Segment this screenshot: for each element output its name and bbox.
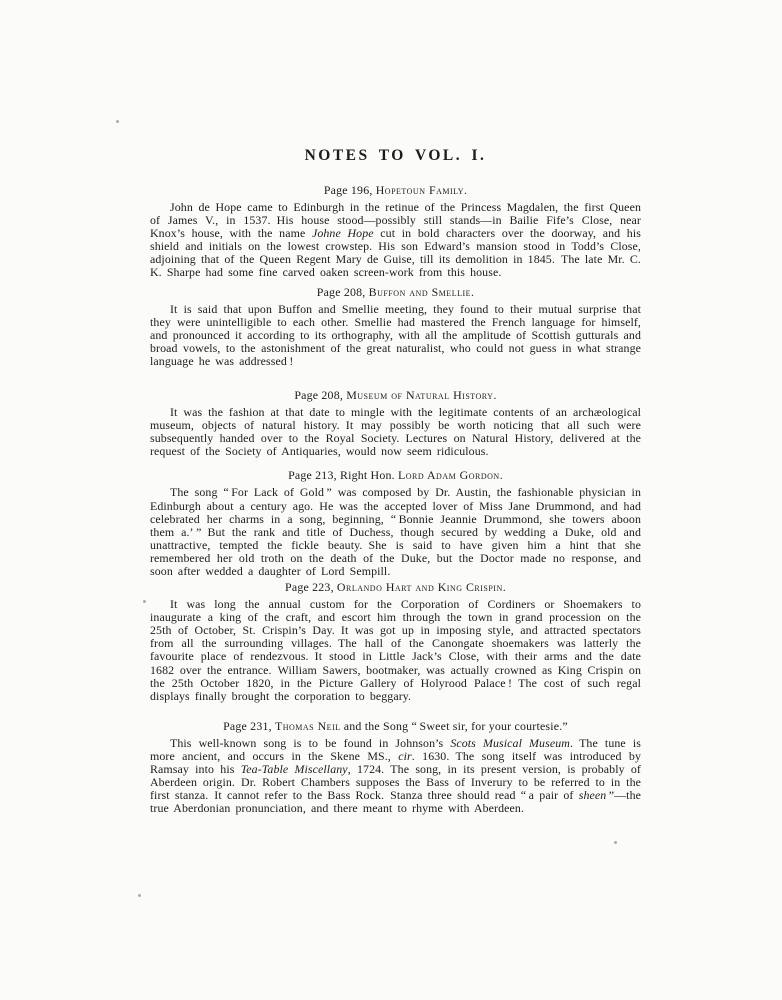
section-paragraph: This well-known song is to be found in J… xyxy=(150,737,641,816)
plain-text: Page 196, xyxy=(324,183,376,197)
note-section: Page 196, Hopetoun Family.John de Hope c… xyxy=(150,183,641,280)
plain-text: Page 231, xyxy=(223,719,275,733)
note-section: Page 231, Thomas Neil and the Song “ Swe… xyxy=(150,719,641,816)
plain-text: . xyxy=(500,468,503,482)
section-heading: Page 231, Thomas Neil and the Song “ Swe… xyxy=(150,719,641,734)
scan-speck xyxy=(614,841,617,844)
smallcaps-text: Orlando Hart and King Crispin xyxy=(337,580,503,594)
section-paragraph: It is said that upon Buffon and Smellie … xyxy=(150,303,641,368)
scan-speck xyxy=(138,894,141,897)
smallcaps-text: Thomas Neil xyxy=(275,719,341,733)
section-heading: Page 196, Hopetoun Family. xyxy=(150,183,641,198)
italic-text: sheen xyxy=(579,788,607,802)
note-section: Page 213, Right Hon. Lord Adam Gordon.Th… xyxy=(150,468,641,578)
section-heading: Page 208, Museum of Natural History. xyxy=(150,388,641,403)
section-paragraph: It was long the annual custom for the Co… xyxy=(150,598,641,703)
note-section: Page 208, Museum of Natural History.It w… xyxy=(150,388,641,458)
plain-text: . xyxy=(471,285,474,299)
italic-text: Tea-Table Miscellany xyxy=(241,762,348,776)
plain-text: It is said that upon Buffon and Smellie … xyxy=(150,302,641,368)
italic-text: Scots Musical Museum xyxy=(450,736,570,750)
section-heading: Page 213, Right Hon. Lord Adam Gordon. xyxy=(150,468,641,483)
sections: Page 196, Hopetoun Family.John de Hope c… xyxy=(150,183,641,815)
page-title: NOTES TO VOL. I. xyxy=(150,147,641,165)
book-page: NOTES TO VOL. I. Page 196, Hopetoun Fami… xyxy=(0,0,782,1000)
smallcaps-text: Lord Adam Gordon xyxy=(398,468,500,482)
smallcaps-text: Hopetoun Family xyxy=(376,183,464,197)
plain-text: Page 208, xyxy=(317,285,369,299)
section-heading: Page 223, Orlando Hart and King Crispin. xyxy=(150,580,641,595)
note-section: Page 223, Orlando Hart and King Crispin.… xyxy=(150,580,641,703)
note-section: Page 208, Buffon and Smellie.It is said … xyxy=(150,285,641,368)
section-heading: Page 208, Buffon and Smellie. xyxy=(150,285,641,300)
scan-speck xyxy=(143,600,146,603)
scan-speck xyxy=(116,120,119,123)
page-content: NOTES TO VOL. I. Page 196, Hopetoun Fami… xyxy=(150,147,641,815)
plain-text: Page 223, xyxy=(285,580,337,594)
smallcaps-text: Buffon and Smellie xyxy=(369,285,471,299)
smallcaps-text: Museum of Natural History xyxy=(346,388,493,402)
section-paragraph: John de Hope came to Edinburgh in the re… xyxy=(150,201,641,280)
italic-text: cir xyxy=(398,749,412,763)
section-paragraph: The song “ For Lack of Gold ” was compos… xyxy=(150,486,641,578)
section-paragraph: It was the fashion at that date to mingl… xyxy=(150,406,641,458)
plain-text: Page 213, Right Hon. xyxy=(288,468,398,482)
plain-text: The song “ For Lack of Gold ” was compos… xyxy=(150,485,641,578)
plain-text: . xyxy=(503,580,506,594)
plain-text: It was the fashion at that date to mingl… xyxy=(150,405,641,458)
plain-text: and the Song “ Sweet sir, for your court… xyxy=(341,719,568,733)
plain-text: This well-known song is to be found in J… xyxy=(170,736,450,750)
plain-text: It was long the annual custom for the Co… xyxy=(150,597,641,703)
plain-text: Page 208, xyxy=(294,388,346,402)
plain-text: . xyxy=(464,183,467,197)
italic-text: Johne Hope xyxy=(312,226,374,240)
plain-text: . xyxy=(493,388,496,402)
